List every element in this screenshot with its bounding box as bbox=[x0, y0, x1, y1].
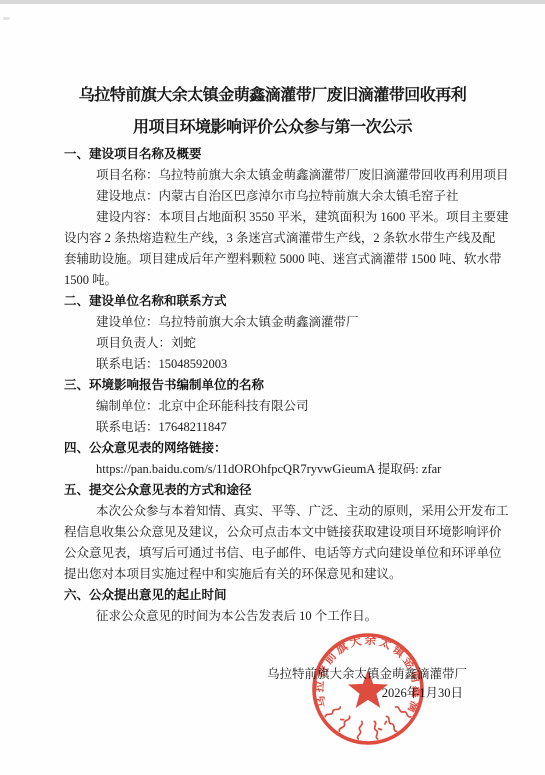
submission-method-line-1: 本次公众参与本着知情、真实、平等、广泛、主动的原则，采用公开发布工 bbox=[64, 501, 488, 522]
project-content-line-2: 设内容 2 条热熔造粒生产线，3 条迷宫式滴灌带生产线，2 条软水带生产线及配 bbox=[64, 228, 488, 249]
scan-edge-strip bbox=[0, 0, 545, 4]
title-line-2: 用项目环境影响评价公众参与第一次公示 bbox=[133, 119, 412, 136]
section-heading-4: 四、公众意见表的网络链接： bbox=[64, 438, 488, 459]
seal-graphic: 乌拉特前旗大余太镇金萌鑫滴灌带厂 bbox=[306, 627, 430, 751]
seal-ring-text: 乌拉特前旗大余太镇金萌鑫滴灌带厂 bbox=[306, 627, 424, 717]
project-content-line-3: 套辅助设施。项目建成后年产塑料颗粒 5000 吨、迷宫式滴灌带 1500 吨、软… bbox=[64, 249, 488, 270]
section-heading-5: 五、提交公众意见表的方式和途径 bbox=[64, 480, 488, 501]
title-line-1: 乌拉特前旗大余太镇金萌鑫滴灌带厂废旧滴灌带回收再利 bbox=[79, 87, 467, 104]
star-icon bbox=[348, 670, 388, 708]
submission-method-line-2: 程信息收集公众意见及建议，公众可点击本文中链接获取建设项目环境影响评价 bbox=[64, 522, 488, 543]
project-content-line-1: 建设内容：本项目占地面积 3550 平米，建筑面积为 1600 平米。项目主要建 bbox=[64, 207, 488, 228]
scanned-document-page: 乌拉特前旗大余太镇金萌鑫滴灌带厂废旧滴灌带回收再利 用项目环境影响评价公众参与第… bbox=[0, 0, 545, 775]
submission-method-line-4: 提出您对本项目实施过程中和实施后有关的环保意见和建议。 bbox=[64, 564, 488, 585]
report-compiler-line: 编制单位：北京中企环能科技有限公司 bbox=[64, 396, 488, 417]
contact-phone-line-1: 联系电话：15048592003 bbox=[64, 354, 488, 375]
construction-unit-line: 建设单位：乌拉特前旗大余太镇金萌鑫滴灌带厂 bbox=[64, 312, 488, 333]
document-body: 一、建设项目名称及概要 项目名称：乌拉特前旗大余太镇金萌鑫滴灌带厂废旧滴灌带回收… bbox=[64, 144, 488, 627]
official-red-seal: 乌拉特前旗大余太镇金萌鑫滴灌带厂 bbox=[306, 627, 430, 751]
scan-smudge-artifact bbox=[3, 17, 10, 20]
document-title: 乌拉特前旗大余太镇金萌鑫滴灌带厂废旧滴灌带回收再利 用项目环境影响评价公众参与第… bbox=[0, 80, 545, 144]
feedback-form-url: https://pan.baidu.com/s/11dOROhfpcQR7ryv… bbox=[64, 459, 488, 480]
contact-phone-line-2: 联系电话：17648211847 bbox=[64, 417, 488, 438]
comment-period-line: 征求公众意见的时间为本公告发表后 10 个工作日。 bbox=[64, 606, 488, 627]
section-heading-3: 三、环境影响报告书编制单位的名称 bbox=[64, 375, 488, 396]
project-location-line: 建设地点：内蒙古自治区巴彦淖尔市乌拉特前旗大余太镇毛窑子社 bbox=[64, 186, 488, 207]
project-content-line-4: 1500 吨。 bbox=[64, 270, 488, 291]
project-name-line: 项目名称：乌拉特前旗大余太镇金萌鑫滴灌带厂废旧滴灌带回收再利用项目 bbox=[64, 165, 488, 186]
project-manager-line: 项目负责人：刘蛇 bbox=[64, 333, 488, 354]
section-heading-2: 二、建设单位名称和联系方式 bbox=[64, 291, 488, 312]
section-heading-1: 一、建设项目名称及概要 bbox=[64, 144, 488, 165]
section-heading-6: 六、公众提出意见的起止时间 bbox=[64, 585, 488, 606]
submission-method-line-3: 公众意见表，填写后可通过书信、电子邮件、电话等方式向建设单位和环评单位 bbox=[64, 543, 488, 564]
